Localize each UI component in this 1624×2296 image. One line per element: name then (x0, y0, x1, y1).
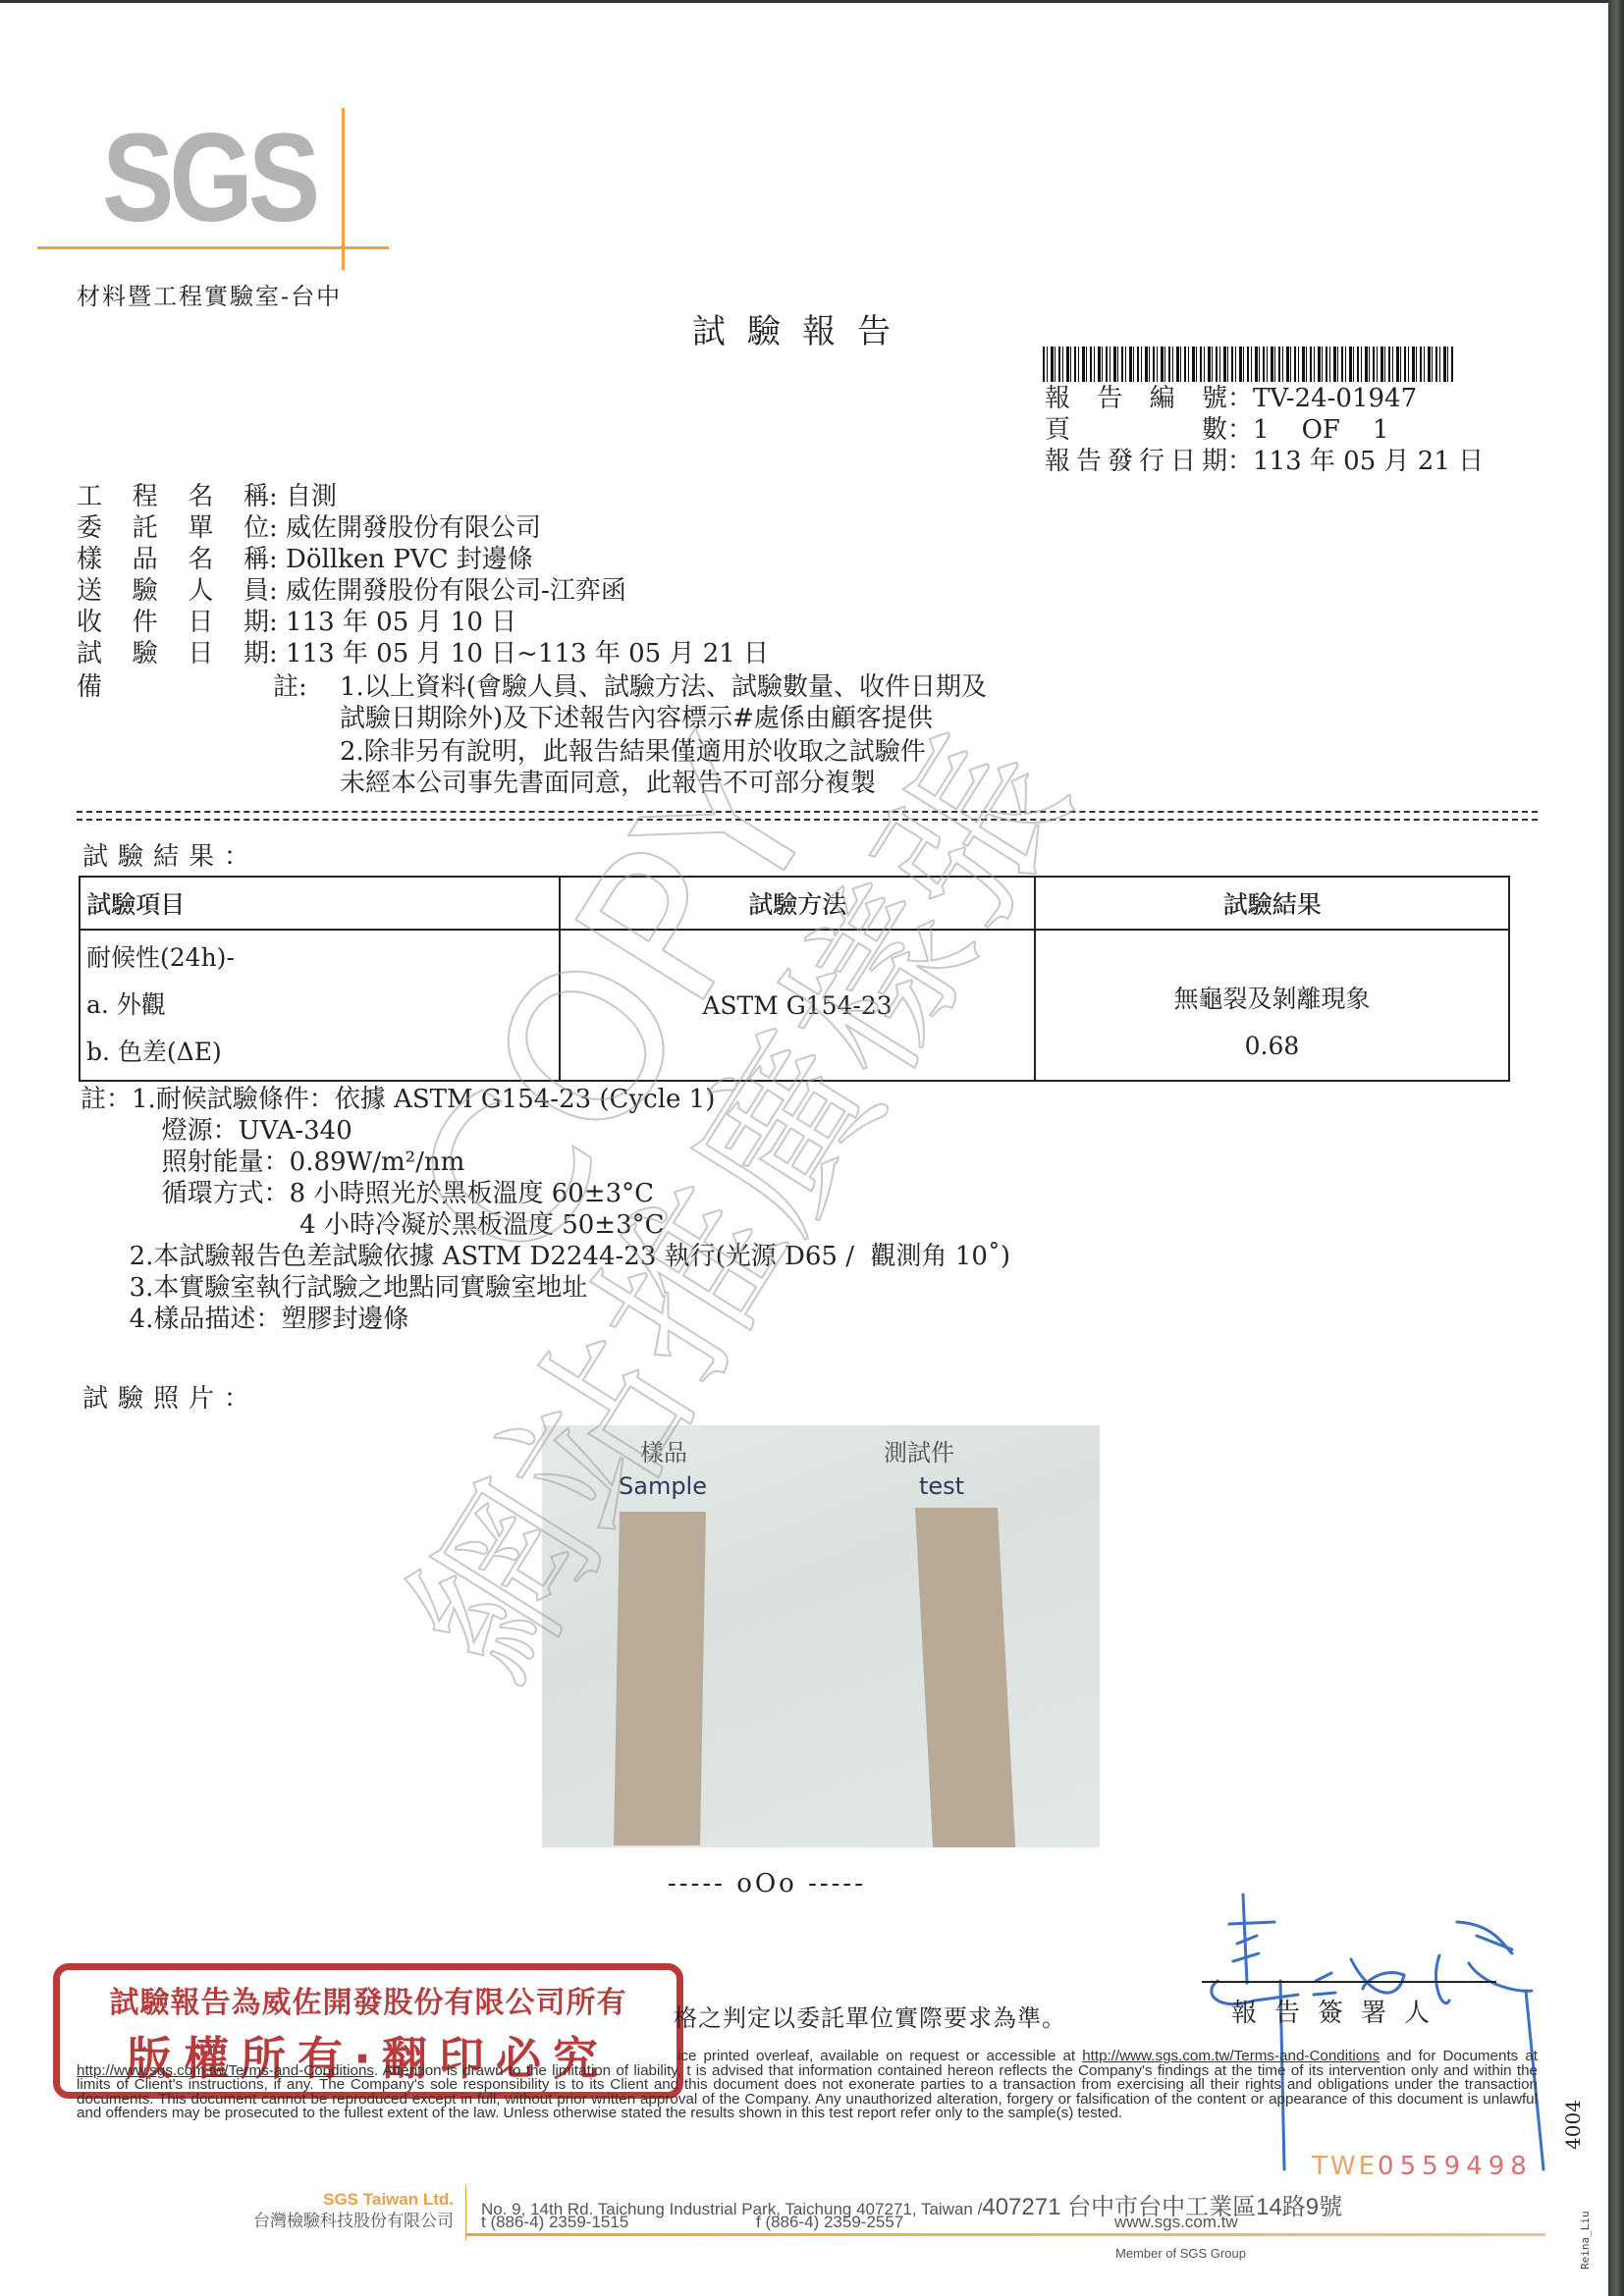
info-label: 樣品名稱 (77, 544, 269, 575)
test-result-cell: 無龜裂及剝離現象 0.68 (1035, 930, 1509, 1081)
photo-label-test-cn: 測試件 (884, 1433, 954, 1468)
remark-line: 未經本公司事先書面同意，此報告不可部分複製 (340, 768, 876, 799)
info-label: 收件日期 (77, 607, 269, 638)
signer-label: 報告簽署人 (1231, 1993, 1447, 2029)
info-row-sample: 樣品名稱: Döllken PVC 封邊條 (77, 544, 533, 575)
header-test-item: 試驗項目 (80, 877, 560, 930)
info-label: 試驗日期 (77, 638, 269, 669)
info-label: 工程名稱 (77, 481, 269, 512)
separator-dashed-line (77, 811, 1538, 815)
info-value: 威佐開發股份有限公司-江弈函 (286, 576, 626, 606)
note-line: 3.本實驗室執行試驗之地點同實驗室地址 (81, 1272, 1010, 1304)
table-header-row: 試驗項目 試驗方法 試驗結果 (80, 877, 1509, 930)
serial-number: TWE0559498 (1312, 2152, 1533, 2181)
results-table: 試驗項目 試驗方法 試驗結果 耐候性(24h)- a. 外觀 b. 色差(ΔE)… (79, 876, 1510, 1082)
info-row-submitter: 送驗人員: 威佐開發股份有限公司-江弈函 (77, 575, 626, 607)
info-value: 威佐開發股份有限公司 (286, 513, 541, 543)
page-count-label: 頁數 (1045, 414, 1227, 446)
report-number: TV-24-01947 (1253, 384, 1417, 413)
info-label: 送驗人員 (77, 575, 269, 607)
serial-prefix: TWE (1312, 2152, 1378, 2181)
test-item-line: a. 外觀 (86, 982, 553, 1029)
scan-top-edge (0, 0, 1610, 3)
results-section-label: 試驗結果： (82, 836, 259, 873)
photo-label-test-en: test (919, 1472, 964, 1500)
footer-divider-horizontal (465, 2233, 1545, 2236)
barcode (1043, 347, 1453, 382)
end-of-report-mark: ----- oOo ----- (668, 1869, 866, 1898)
issue-date-label: 報告發行日期 (1045, 446, 1227, 477)
footer-member: Member of SGS Group (1115, 2246, 1246, 2261)
document-title: 試驗報告 (692, 304, 912, 352)
test-item-cell: 耐候性(24h)- a. 外觀 b. 色差(ΔE) (80, 930, 560, 1081)
note-line: 照射能量：0.89W/m²/nm (81, 1147, 1010, 1178)
report-number-row: 報告編號：TV-24-01947 (1045, 383, 1417, 414)
info-value: 113 年 05 月 10 日~113 年 05 月 21 日 (286, 639, 769, 668)
side-code: 4004 (1561, 2100, 1585, 2150)
test-method: ASTM G154-23 (702, 991, 892, 1020)
footer-company: SGS Taiwan Ltd. 台灣檢驗科技股份有限公司 (177, 2189, 454, 2232)
footer-website[interactable]: www.sgs.com.tw (1114, 2213, 1238, 2232)
logo-orange-vertical-line (342, 108, 345, 270)
issue-date-row: 報告發行日期：113 年 05 月 21 日 (1045, 446, 1484, 477)
note-line: 循環方式：8 小時照光於黑板溫度 60±3°C (81, 1178, 1010, 1209)
footer-divider-vertical (465, 2185, 466, 2240)
note-line: 燈源：UVA-340 (81, 1115, 1010, 1147)
info-value: Döllken PVC 封邊條 (286, 545, 533, 574)
note-line: 註：1.耐候試驗條件：依據 ASTM G154-23 (Cycle 1) (81, 1084, 1010, 1115)
sgs-logo: SGS (102, 116, 315, 241)
report-number-label: 報告編號 (1045, 383, 1227, 414)
stamp-line-1: 試驗報告為威佐開發股份有限公司所有 (60, 1978, 677, 2021)
photo-label-sample-en: Sample (619, 1472, 707, 1500)
info-row-test-date: 試驗日期: 113 年 05 月 10 日~113 年 05 月 21 日 (77, 638, 769, 669)
sample-strip (614, 1512, 706, 1845)
logo-orange-horizontal-line (37, 246, 389, 249)
company-name-cn: 台灣檢驗科技股份有限公司 (177, 2211, 454, 2232)
result-appearance: 無龜裂及剝離現象 (1042, 976, 1502, 1023)
serial-digits: 0559498 (1378, 2152, 1533, 2181)
test-method-cell: ASTM G154-23 (560, 930, 1035, 1081)
test-item-line: b. 色差(ΔE) (86, 1029, 553, 1076)
result-color-difference: 0.68 (1042, 1023, 1502, 1070)
table-row: 耐候性(24h)- a. 外觀 b. 色差(ΔE) ASTM G154-23 無… (80, 930, 1509, 1081)
test-item-line: 耐候性(24h)- (86, 934, 553, 982)
lab-name: 材料暨工程實驗室-台中 (77, 277, 342, 311)
remark-line: 試驗日期除外)及下述報告內容標示#處係由顧客提供 (340, 703, 933, 734)
remarks-label-left: 備 (77, 671, 102, 703)
photo-section-label: 試驗照片： (82, 1378, 259, 1415)
info-row-received: 收件日期: 113 年 05 月 10 日 (77, 607, 516, 638)
notes-block: 註：1.耐候試驗條件：依據 ASTM G154-23 (Cycle 1) 燈源：… (81, 1084, 1010, 1335)
side-user: Reina_Liu (1579, 2211, 1592, 2269)
signature-line (1202, 1981, 1496, 1983)
info-value: 113 年 05 月 10 日 (286, 608, 516, 637)
footer-phone: t (886-4) 2359-1515 (481, 2213, 628, 2232)
note-line: 2.本試驗報告色差試驗依據 ASTM D2244-23 執行(光源 D65 / … (81, 1241, 1010, 1272)
remark-line: 1.以上資料(會驗人員、試驗方法、試驗數量、收件日期及 (340, 671, 987, 703)
header-test-result: 試驗結果 (1035, 877, 1509, 930)
info-row-project: 工程名稱: 自測 (77, 481, 337, 512)
separator-dashed-line (77, 819, 1538, 823)
header-test-method: 試驗方法 (560, 877, 1035, 930)
page-count-row: 頁數：1 OF 1 (1045, 414, 1389, 446)
scan-right-edge (1608, 0, 1624, 2296)
remark-line: 2.除非另有說明，此報告結果僅適用於收取之試驗件 (340, 736, 926, 768)
note-line: 4 小時冷凝於黑板溫度 50±3°C (81, 1209, 1010, 1241)
company-name-en: SGS Taiwan Ltd. (177, 2189, 454, 2211)
terms-and-conditions: ice printed overleaf, available on reque… (77, 2050, 1538, 2121)
issue-date: 113 年 05 月 21 日 (1253, 447, 1484, 476)
info-row-client: 委託單位: 威佐開發股份有限公司 (77, 512, 541, 544)
page-count: 1 OF 1 (1253, 415, 1389, 445)
remarks-label-right: 註: (273, 671, 307, 703)
photo-label-sample-cn: 樣品 (640, 1433, 687, 1468)
footer-fax: f (886-4) 2359-2557 (756, 2213, 903, 2232)
note-line: 4.樣品描述：塑膠封邊條 (81, 1304, 1010, 1335)
judgement-note: 格之判定以委託單位實際要求為準。 (674, 1999, 1066, 2033)
info-value: 自測 (286, 482, 337, 511)
info-label: 委託單位 (77, 512, 269, 544)
